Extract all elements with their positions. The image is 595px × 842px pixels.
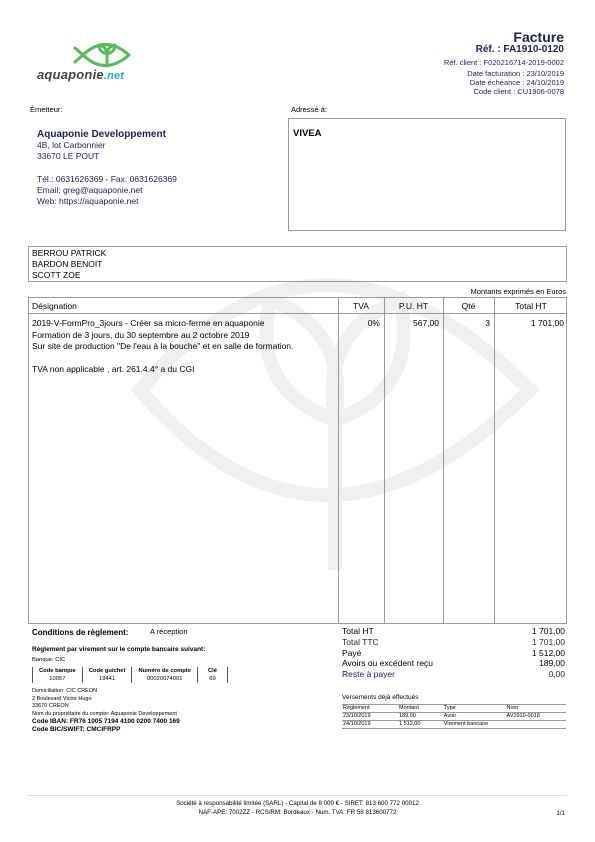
domiciliation-address2: 33670 CREON (32, 703, 180, 711)
rib-header: Code guichet (89, 667, 126, 675)
recipient-name: VIVEA (293, 128, 322, 139)
client-reference: Réf. client : F020216714-2019-0002 (444, 58, 564, 67)
items-table: Désignation TVA P.U. HT Qté Total HT 201… (28, 297, 567, 624)
iban: Code IBAN: FR76 1005 7194 4100 0200 7400… (32, 718, 180, 726)
transfer-title: Règlement par virement sur le compte ban… (32, 646, 205, 653)
sender-address2: 33670 LE POUT (37, 151, 177, 162)
item-line: Formation de 3 jours, du 30 septembre au… (32, 330, 293, 342)
item-line-blank (32, 353, 293, 365)
item-line: Sur site de production "De l'eau à la bo… (32, 341, 293, 353)
payment-date: 23/10/2019 (342, 713, 398, 721)
total-value: 1 701,00 (532, 626, 565, 637)
header-designation: Désignation (32, 301, 77, 311)
page-number: 1/1 (556, 810, 565, 817)
rib-bank-code: Code banque 10057 (32, 667, 82, 683)
column-divider (494, 298, 495, 623)
column-divider (338, 298, 339, 623)
payment-type: Avoir (443, 713, 506, 721)
payment-amount: 189,00 (398, 713, 443, 721)
header-meta: Réf. client : F020216714-2019-0002 Date … (444, 58, 564, 96)
rib-table: Code banque 10057 Code guichet 19441 Num… (32, 667, 228, 683)
total-value: 0,00 (548, 669, 565, 680)
payments-title: Versements déjà effectués (342, 694, 418, 701)
payments-table: Règlement Montant Type Num 23/10/2019 18… (342, 704, 566, 729)
column-divider (443, 298, 444, 623)
invoice-reference: Réf. : FA1910-0120 (476, 44, 564, 55)
total-label: Reste à payer (342, 669, 395, 680)
client-code: Code client : CU1906-0078 (444, 87, 564, 96)
brand-tld: .net (104, 70, 124, 82)
rib-account-number: Numéro de compte 00020074001 (131, 667, 197, 683)
payment-date: 24/10/2019 (342, 721, 398, 729)
total-ht-row: Total HT1 701,00 (342, 626, 565, 637)
rib-branch-code: Code guichet 19441 (82, 667, 132, 683)
rib-value: 69 (208, 675, 217, 683)
bic-swift: Code BIC/SWIFT: CMCIFRPP (32, 726, 180, 734)
total-label: Payé (342, 648, 361, 659)
total-ttc-row: Total TTC1 701,00 (342, 637, 565, 648)
item-line: 2019-V-FormPro_3jours - Créer sa micro-f… (32, 318, 293, 330)
table-row: 2019-V-FormPro_3jours - Créer sa micro-f… (32, 318, 293, 376)
sender-block: Aquaponie Developpement 4B, lot Carbonni… (30, 119, 283, 219)
payment-terms-value: A réception (150, 627, 188, 636)
total-value: 189,00 (539, 658, 565, 669)
header-unit-price: P.U. HT (384, 301, 443, 311)
attendee: SCOTT ZOE (32, 270, 563, 281)
recipient-box: VIVEA (288, 118, 566, 231)
column-divider (384, 298, 385, 623)
total-label: Total TTC (342, 637, 379, 648)
header-vat: TVA (338, 301, 384, 311)
payment-row: 23/10/2019 189,00 Avoir AV1910-0018 (342, 713, 566, 721)
item-line: TVA non applicable , art. 261.4.4° a du … (32, 364, 293, 376)
footer-legal: Société à responsabilité limitée (SARL) … (0, 800, 595, 817)
credits-row: Avoirs ou excédent reçu189,00 (342, 658, 565, 669)
payment-terms-label: Conditions de règlement: (32, 628, 128, 637)
domiciliation-block: Domiciliation: CIC CREON 2 Boulevard Vic… (32, 688, 180, 734)
rib-value: 10057 (39, 675, 76, 683)
attendee: BARDON BENOIT (32, 259, 563, 270)
brand-name: aquaponie.net (37, 67, 124, 82)
remaining-row: Reste à payer0,00 (342, 669, 565, 680)
rib-header: Code banque (39, 667, 76, 675)
sender-name: Aquaponie Developpement (37, 129, 177, 140)
payment-row: 24/10/2019 1 512,00 Virement bancaire (342, 721, 566, 729)
invoice-date: Date facturation : 23/10/2019 (444, 69, 564, 78)
item-qty: 3 (443, 318, 490, 328)
rib-header: Clé (208, 667, 217, 675)
rib-value: 19441 (89, 675, 126, 683)
sender-web: Web: https://aquaponie.net (37, 196, 177, 207)
domiciliation-address1: 2 Boulevard Victor Hugo (32, 696, 180, 704)
total-value: 1 701,00 (532, 637, 565, 648)
brand-main: aquaponie (37, 67, 104, 82)
footer-line1: Société à responsabilité limitée (SARL) … (0, 800, 595, 809)
header-divider (29, 313, 566, 314)
header-total: Total HT (494, 301, 568, 311)
payments-header: Montant (398, 705, 443, 713)
rib-header: Numéro de compte (138, 667, 191, 675)
bank-name: Banque: CIC (32, 657, 65, 663)
currency-note: Montants exprimés en Euros (471, 287, 566, 296)
payment-num: AV1910-0018 (506, 713, 566, 721)
footer-line2: NAF-APE: 7002ZZ - RCS/RM: Bordeaux - Num… (0, 809, 595, 818)
attendees-box: BERROU PATRICK BARDON BENOIT SCOTT ZOE (28, 246, 567, 282)
rib-key: Clé 69 (197, 667, 228, 683)
header-qty: Qté (443, 301, 494, 311)
domiciliation: Domiciliation: CIC CREON (32, 688, 180, 696)
document-type: Facture (513, 29, 564, 45)
recipient-label: Adressé à: (291, 105, 327, 114)
total-value: 1 512,00 (532, 648, 565, 659)
payments-header: Règlement (342, 705, 398, 713)
item-total: 1 701,00 (494, 318, 564, 328)
attendee: BERROU PATRICK (32, 248, 563, 259)
footer-divider (28, 795, 567, 796)
due-date: Date échéance : 24/10/2019 (444, 78, 564, 87)
payments-header: Num (506, 705, 566, 713)
item-unit-price: 567,00 (384, 318, 439, 328)
total-label: Total HT (342, 626, 374, 637)
payment-amount: 1 512,00 (398, 721, 443, 729)
sender-address1: 4B, lot Carbonnier (37, 140, 177, 151)
sender-label: Émetteur: (30, 105, 63, 114)
sender-phone: Tél.: 0631626369 - Fax: 0631626369 (37, 174, 177, 185)
totals-block: Total HT1 701,00 Total TTC1 701,00 Payé1… (342, 626, 565, 680)
payments-header: Type (443, 705, 506, 713)
sender-email: Email: greg@aquaponie.net (37, 185, 177, 196)
item-vat: 0% (338, 318, 380, 328)
rib-value: 00020074001 (138, 675, 191, 683)
payment-type: Virement bancaire (443, 721, 566, 729)
paid-row: Payé1 512,00 (342, 648, 565, 659)
payments-header-row: Règlement Montant Type Num (342, 705, 566, 713)
account-owner: Nom du propriétaire du compte: Aquaponie… (32, 711, 180, 719)
total-label: Avoirs ou excédent reçu (342, 658, 433, 669)
